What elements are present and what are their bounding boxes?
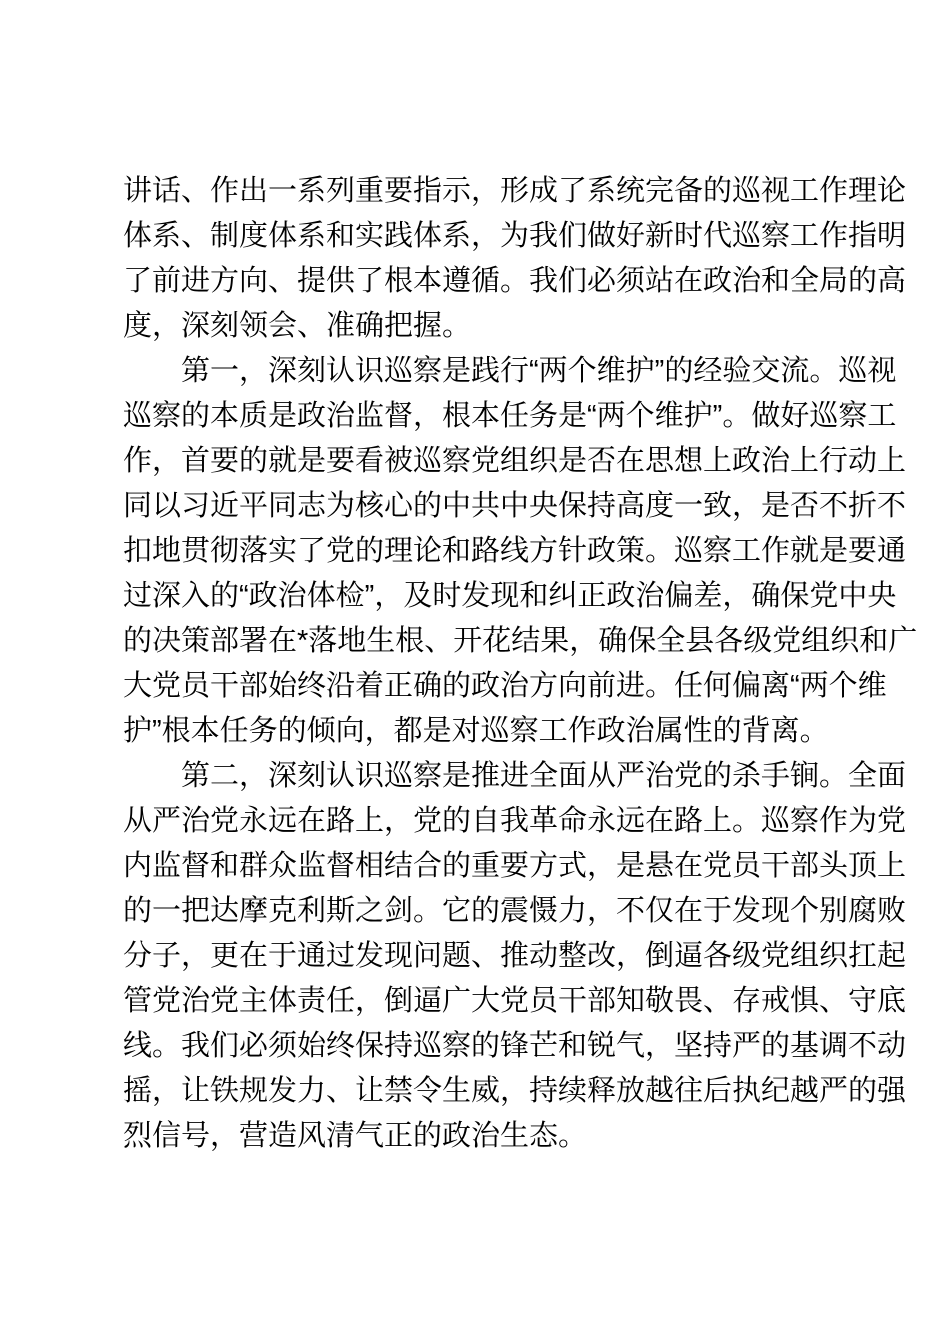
- text-line: 大党员干部始终沿着正确的政治方向前进。任何偏离“两个维: [123, 664, 819, 709]
- text-line: 讲话、作出一系列重要指示，形成了系统完备的巡视工作理论: [123, 169, 819, 214]
- text-line: 度，深刻领会、准确把握。: [123, 304, 819, 349]
- text-line: 过深入的“政治体检”，及时发现和纠正政治偏差，确保党中央: [123, 574, 819, 619]
- text-line: 摇，让铁规发力、让禁令生威，持续释放越往后执纪越严的强: [123, 1069, 819, 1114]
- text-line: 从严治党永远在路上，党的自我革命永远在路上。巡察作为党: [123, 799, 819, 844]
- text-line: 的一把达摩克利斯之剑。它的震慑力，不仅在于发现个别腐败: [123, 889, 819, 934]
- paragraph: 讲话、作出一系列重要指示，形成了系统完备的巡视工作理论体系、制度体系和实践体系，…: [123, 169, 819, 349]
- document-body: 讲话、作出一系列重要指示，形成了系统完备的巡视工作理论体系、制度体系和实践体系，…: [123, 169, 819, 1159]
- text-line: 了前进方向、提供了根本遵循。我们必须站在政治和全局的高: [123, 259, 819, 304]
- text-line: 的决策部署在*落地生根、开花结果，确保全县各级党组织和广: [123, 619, 819, 664]
- text-line: 管党治党主体责任，倒逼广大党员干部知敬畏、存戒惧、守底: [123, 979, 819, 1024]
- text-line: 第一，深刻认识巡察是践行“两个维护”的经验交流。巡视: [123, 349, 819, 394]
- text-line: 体系、制度体系和实践体系，为我们做好新时代巡察工作指明: [123, 214, 819, 259]
- text-line: 第二，深刻认识巡察是推进全面从严治党的杀手锏。全面: [123, 754, 819, 799]
- text-line: 同以习近平同志为核心的中共中央保持高度一致，是否不折不: [123, 484, 819, 529]
- text-line: 护”根本任务的倾向，都是对巡察工作政治属性的背离。: [123, 709, 819, 754]
- text-line: 线。我们必须始终保持巡察的锋芒和锐气，坚持严的基调不动: [123, 1024, 819, 1069]
- text-line: 巡察的本质是政治监督，根本任务是“两个维护”。做好巡察工: [123, 394, 819, 439]
- document-page: 讲话、作出一系列重要指示，形成了系统完备的巡视工作理论体系、制度体系和实践体系，…: [0, 0, 950, 1344]
- text-line: 分子，更在于通过发现问题、推动整改，倒逼各级党组织扛起: [123, 934, 819, 979]
- text-line: 烈信号，营造风清气正的政治生态。: [123, 1114, 819, 1159]
- text-line: 作，首要的就是要看被巡察党组织是否在思想上政治上行动上: [123, 439, 819, 484]
- paragraph: 第一，深刻认识巡察是践行“两个维护”的经验交流。巡视巡察的本质是政治监督，根本任…: [123, 349, 819, 754]
- paragraph: 第二，深刻认识巡察是推进全面从严治党的杀手锏。全面从严治党永远在路上，党的自我革…: [123, 754, 819, 1159]
- text-line: 内监督和群众监督相结合的重要方式，是悬在党员干部头顶上: [123, 844, 819, 889]
- text-line: 扣地贯彻落实了党的理论和路线方针政策。巡察工作就是要通: [123, 529, 819, 574]
